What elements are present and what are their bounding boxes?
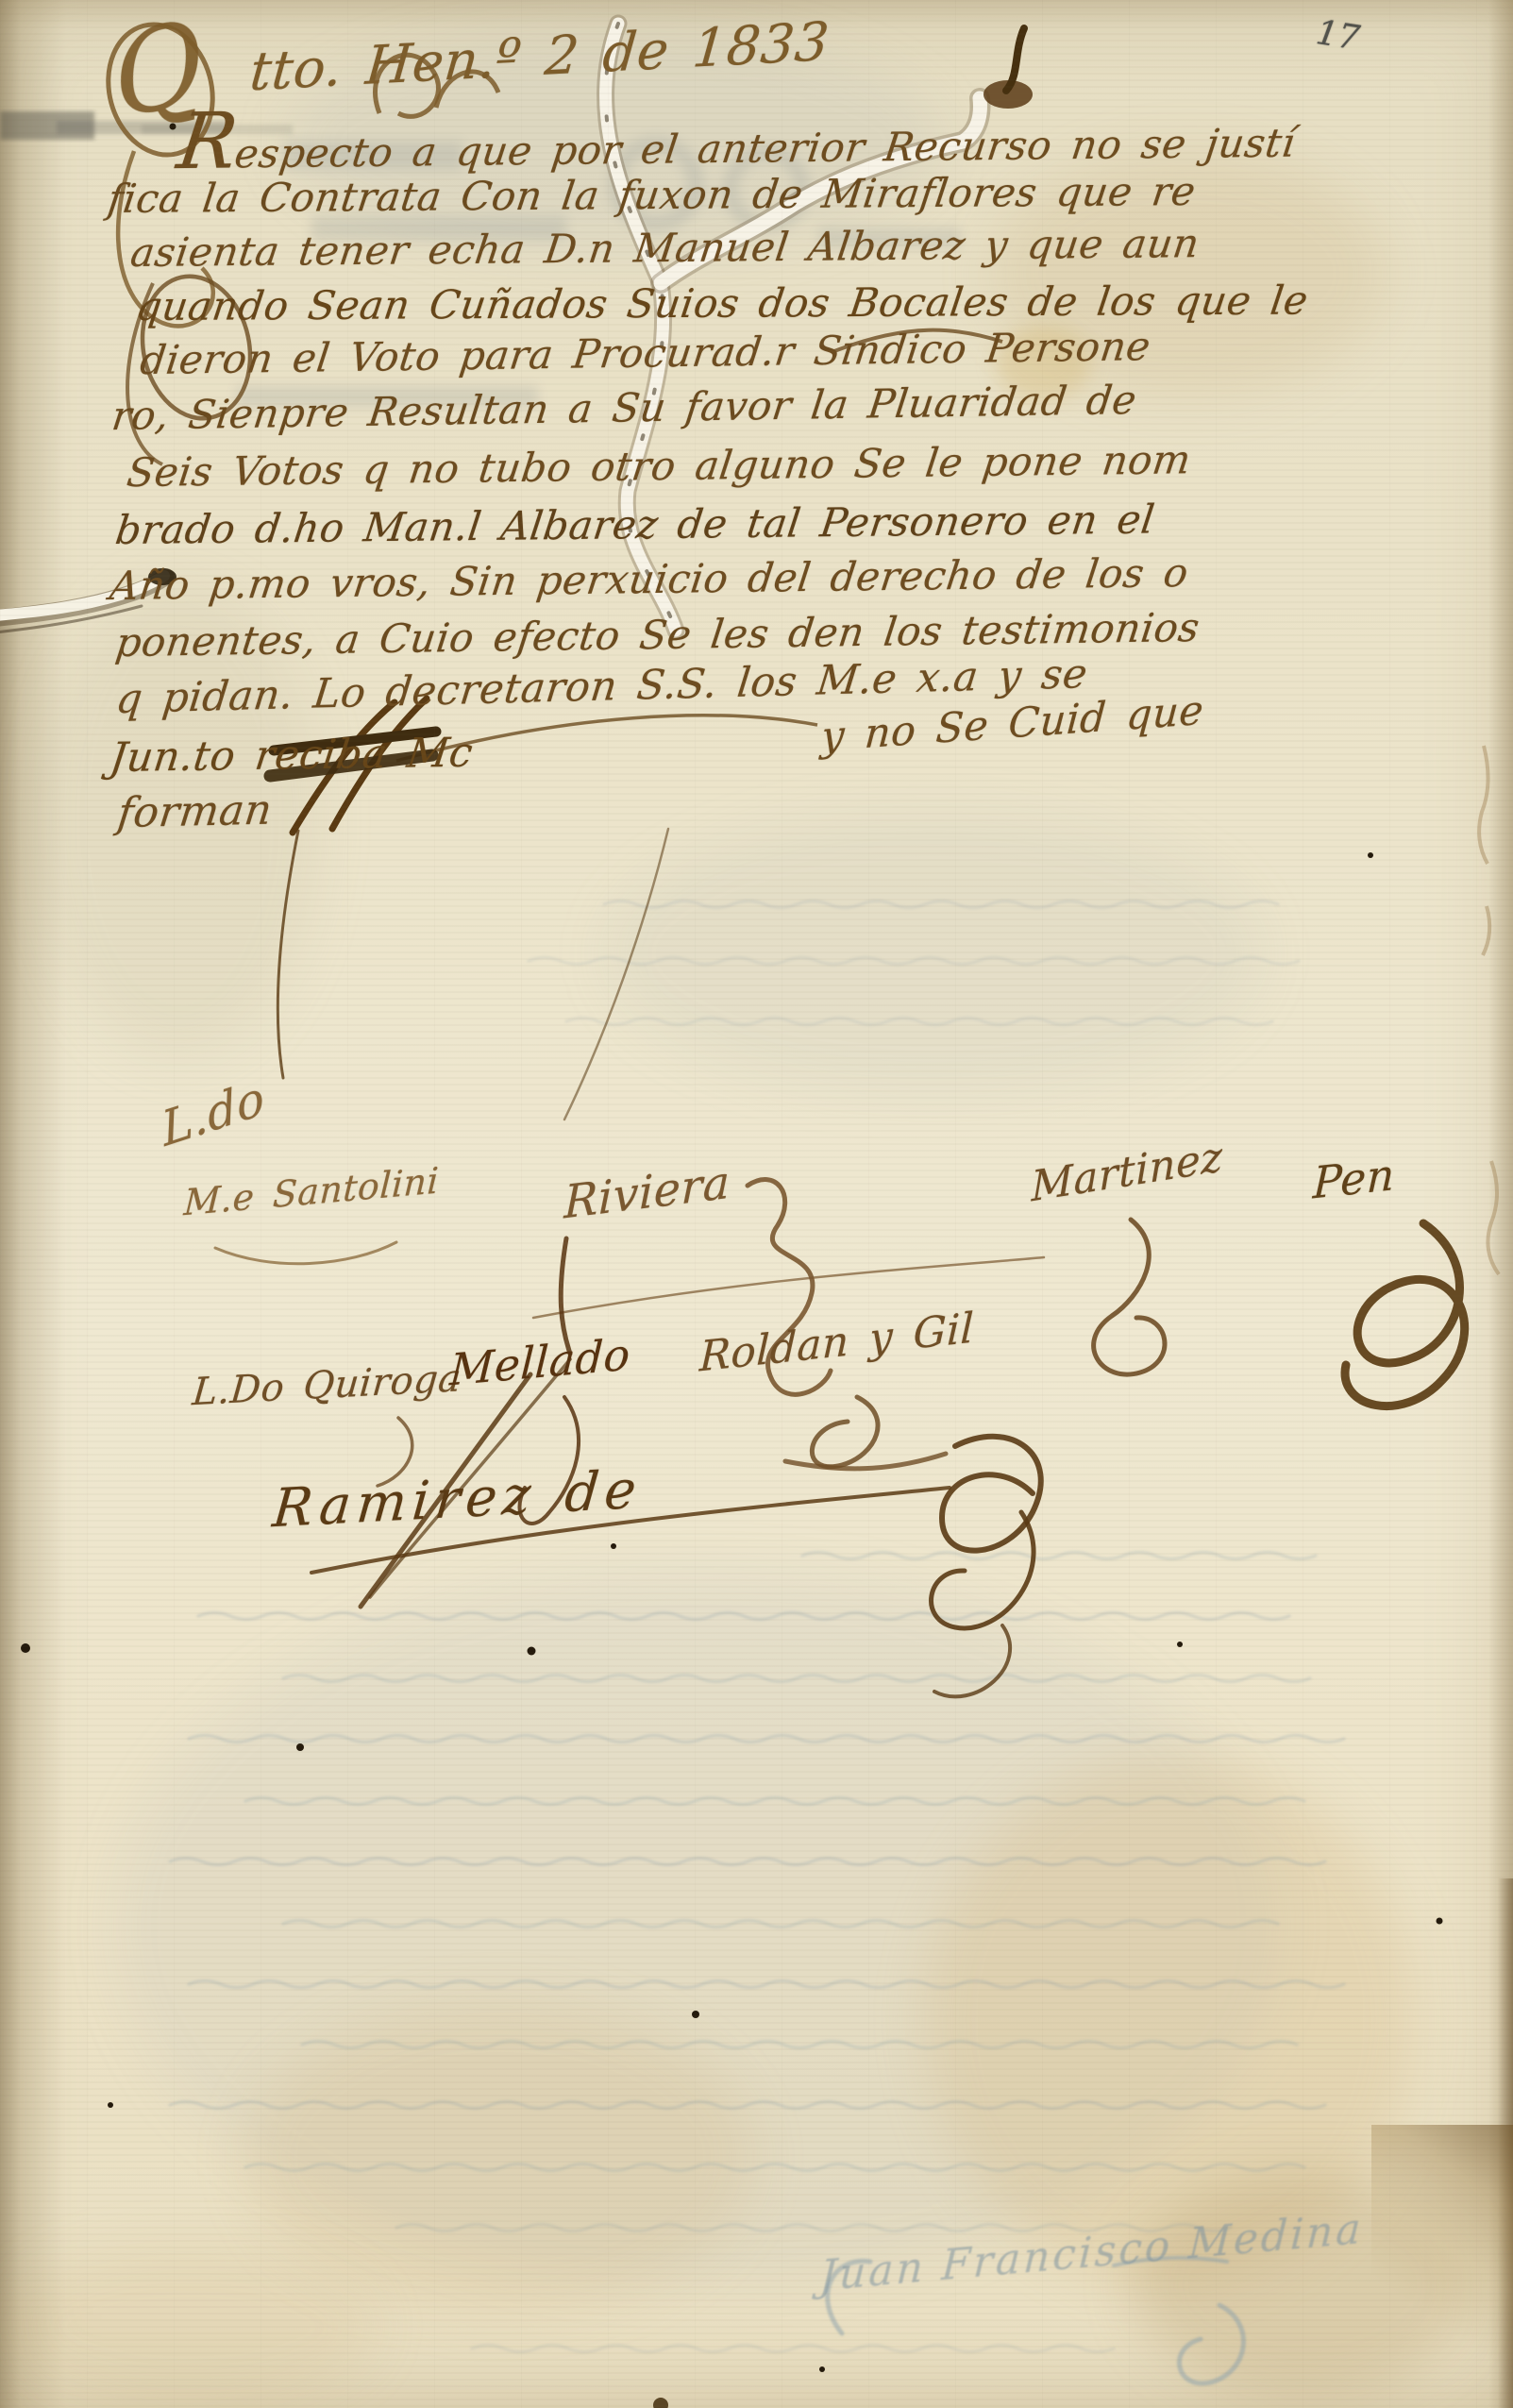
stain	[113, 1567, 1284, 2284]
body-line-14: forman	[115, 786, 275, 838]
body-line-3: asienta tener echa D.n Manuel Albarez y …	[128, 220, 1202, 276]
signature: Martinez	[1031, 1133, 1223, 1212]
signature: M.e Santolini	[183, 1159, 441, 1223]
stain	[0, 2247, 378, 2407]
ghost-signature: Juan Francisco Medina	[818, 2205, 1364, 2301]
page-edge-shadow	[1498, 1878, 1513, 2408]
body-line-8: brado d.ho Man.l Albarez de tal Personer…	[113, 496, 1158, 553]
signature: Ramirez de	[270, 1459, 644, 1541]
signature: Riviera	[563, 1155, 731, 1229]
body-line-7: Seis Votos q no tubo otro alguno Se le p…	[125, 436, 1194, 496]
signature-prefix: L.Do	[191, 1366, 286, 1414]
stain	[245, 2001, 755, 2313]
signature: Pen	[1312, 1149, 1396, 1209]
body-line-2: fica la Contrata Con la fuxon de Miraflo…	[105, 168, 1198, 222]
edge-marks	[1479, 746, 1499, 1274]
body-line-5: dieron el Voto para Procurad.r Sindico P…	[138, 323, 1153, 383]
body-line-4: quando Sean Cuñados Suios dos Bocales de…	[133, 278, 1311, 330]
body-line-9: Año p.mo vros, Sin perxuicio del derecho…	[108, 549, 1191, 609]
body-line-12: Jun.to reciba Mc	[108, 730, 476, 782]
heading-line: tto. Hen.º 2 de 1833	[247, 11, 832, 104]
body-line-1: Respecto a que por el anterior Recurso n…	[174, 109, 1300, 177]
manuscript-page: 17 Q tto. Hen.º 2 de 1833 Respecto a que…	[0, 0, 1513, 2408]
signature: Mellado	[448, 1328, 631, 1395]
curled-corner	[1371, 2125, 1513, 2408]
stain	[604, 812, 1265, 1095]
stain	[925, 1756, 1416, 2284]
signature-name: Quiroga	[301, 1356, 462, 1408]
signature: L.Do Quiroga	[191, 1356, 463, 1414]
signature-prefix: L.do	[159, 1069, 268, 1157]
signature: Roldan y Gil	[698, 1304, 975, 1381]
body-line-6: ro, Sienpre Resultan a Su favor la Pluar…	[109, 377, 1139, 439]
folio-number: 17	[1314, 13, 1363, 59]
bleedthrough-writing	[170, 901, 1344, 2352]
stain	[1133, 2171, 1472, 2398]
